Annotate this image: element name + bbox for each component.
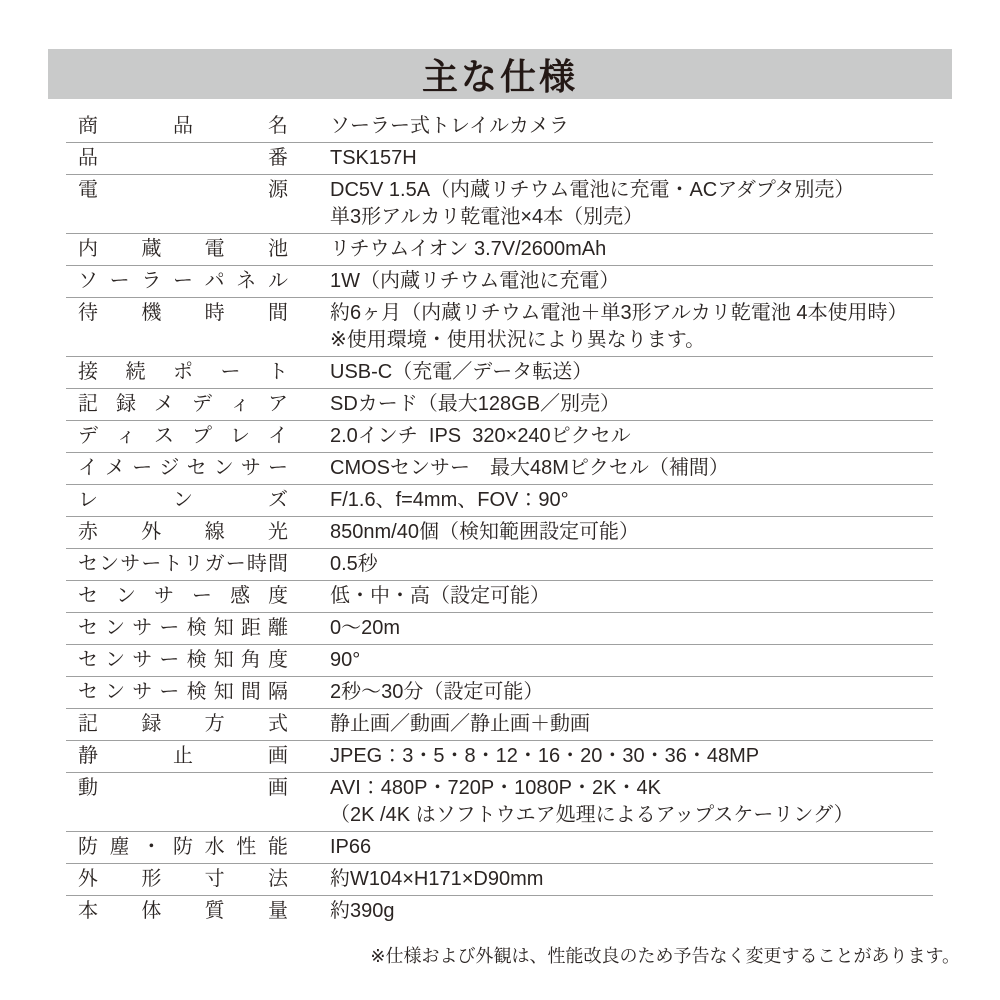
spec-label: 赤外線光	[78, 519, 288, 546]
spec-label: ディスプレイ	[78, 423, 288, 450]
spec-row: 防塵・防水性能IP66	[66, 832, 933, 864]
spec-row: 本体質量約390g	[66, 896, 933, 927]
spec-label: 外形寸法	[78, 866, 288, 893]
spec-value: IP66	[330, 834, 371, 861]
spec-row: 記録メディアSDカード（最大128GB／別売）	[66, 389, 933, 421]
spec-label: 待機時間	[78, 300, 288, 327]
spec-row: センサー検知間隔2秒〜30分（設定可能）	[66, 677, 933, 709]
spec-row: センサー感度低・中・高（設定可能）	[66, 581, 933, 613]
spec-value: 0〜20m	[330, 615, 400, 642]
spec-label: 記録方式	[78, 711, 288, 738]
spec-row: レンズF/1.6、f=4mm、FOV：90°	[66, 485, 933, 517]
spec-value: 0.5秒	[330, 551, 378, 578]
spec-row: 接続ポートUSB-C（充電／データ転送）	[66, 357, 933, 389]
spec-row: 商品名ソーラー式トレイルカメラ	[66, 104, 933, 143]
spec-row: センサートリガー時間0.5秒	[66, 549, 933, 581]
spec-value: リチウムイオン 3.7V/2600mAh	[330, 236, 606, 263]
footer-note: ※仕様および外観は、性能改良のため予告なく変更することがあります。	[370, 944, 960, 968]
spec-label: 内蔵電池	[78, 236, 288, 263]
spec-value: 約W104×H171×D90mm	[330, 866, 543, 893]
spec-row: センサー検知角度90°	[66, 645, 933, 677]
spec-value: ソーラー式トレイルカメラ	[330, 113, 569, 140]
spec-row: 待機時間約6ヶ月（内蔵リチウム電池＋単3形アルカリ乾電池 4本使用時）※使用環境…	[66, 298, 933, 357]
spec-row: ソーラーパネル1W（内蔵リチウム電池に充電）	[66, 266, 933, 298]
spec-label: センサー感度	[78, 583, 288, 610]
spec-label: レンズ	[78, 487, 288, 514]
spec-value: 約390g	[330, 898, 395, 925]
spec-label: 接続ポート	[78, 359, 288, 386]
page-title: 主な仕様	[422, 49, 578, 100]
spec-value: DC5V 1.5A（内蔵リチウム電池に充電・ACアダプタ別売）単3形アルカリ乾電…	[330, 177, 854, 231]
spec-value: JPEG：3・5・8・12・16・20・30・36・48MP	[330, 743, 759, 770]
spec-label: センサー検知距離	[78, 615, 288, 642]
page-title-banner: 主な仕様	[48, 49, 952, 99]
spec-row: 電源DC5V 1.5A（内蔵リチウム電池に充電・ACアダプタ別売）単3形アルカリ…	[66, 175, 933, 234]
spec-row: 内蔵電池リチウムイオン 3.7V/2600mAh	[66, 234, 933, 266]
spec-value: 約6ヶ月（内蔵リチウム電池＋単3形アルカリ乾電池 4本使用時）※使用環境・使用状…	[330, 300, 908, 354]
spec-sheet-page: 主な仕様 商品名ソーラー式トレイルカメラ品番TSK157H電源DC5V 1.5A…	[0, 0, 1000, 1000]
spec-row: 外形寸法約W104×H171×D90mm	[66, 864, 933, 896]
spec-value: AVI：480P・720P・1080P・2K・4K（2K /4K はソフトウエア…	[330, 775, 854, 829]
spec-value: CMOSセンサー 最大48Mピクセル（補間）	[330, 455, 729, 482]
spec-row: センサー検知距離0〜20m	[66, 613, 933, 645]
spec-value: 90°	[330, 647, 360, 674]
spec-value: 低・中・高（設定可能）	[330, 583, 550, 610]
spec-row: 記録方式静止画／動画／静止画＋動画	[66, 709, 933, 741]
spec-label: イメージセンサー	[78, 455, 288, 482]
spec-value: SDカード（最大128GB／別売）	[330, 391, 620, 418]
spec-label: 動画	[78, 775, 288, 802]
spec-value: 2秒〜30分（設定可能）	[330, 679, 543, 706]
spec-value: 850nm/40個（検知範囲設定可能）	[330, 519, 639, 546]
spec-label: センサー検知角度	[78, 647, 288, 674]
spec-label: センサー検知間隔	[78, 679, 288, 706]
spec-label: 電源	[78, 177, 288, 204]
spec-row: ディスプレイ2.0インチ IPS 320×240ピクセル	[66, 421, 933, 453]
spec-value: 1W（内蔵リチウム電池に充電）	[330, 268, 619, 295]
spec-row: 静止画JPEG：3・5・8・12・16・20・30・36・48MP	[66, 741, 933, 773]
spec-value: 2.0インチ IPS 320×240ピクセル	[330, 423, 631, 450]
spec-label: 静止画	[78, 743, 288, 770]
spec-value: USB-C（充電／データ転送）	[330, 359, 592, 386]
spec-label: ソーラーパネル	[78, 268, 288, 295]
spec-value: F/1.6、f=4mm、FOV：90°	[330, 487, 569, 514]
spec-label: センサートリガー時間	[78, 551, 288, 578]
spec-table: 商品名ソーラー式トレイルカメラ品番TSK157H電源DC5V 1.5A（内蔵リチ…	[66, 104, 933, 927]
spec-row: 赤外線光850nm/40個（検知範囲設定可能）	[66, 517, 933, 549]
spec-value: 静止画／動画／静止画＋動画	[330, 711, 590, 738]
spec-label: 記録メディア	[78, 391, 288, 418]
spec-row: 動画AVI：480P・720P・1080P・2K・4K（2K /4K はソフトウ…	[66, 773, 933, 832]
spec-label: 品番	[78, 145, 288, 172]
spec-row: 品番TSK157H	[66, 143, 933, 175]
spec-label: 防塵・防水性能	[78, 834, 288, 861]
spec-label: 商品名	[78, 113, 288, 140]
spec-row: イメージセンサーCMOSセンサー 最大48Mピクセル（補間）	[66, 453, 933, 485]
spec-value: TSK157H	[330, 145, 417, 172]
spec-label: 本体質量	[78, 898, 288, 925]
